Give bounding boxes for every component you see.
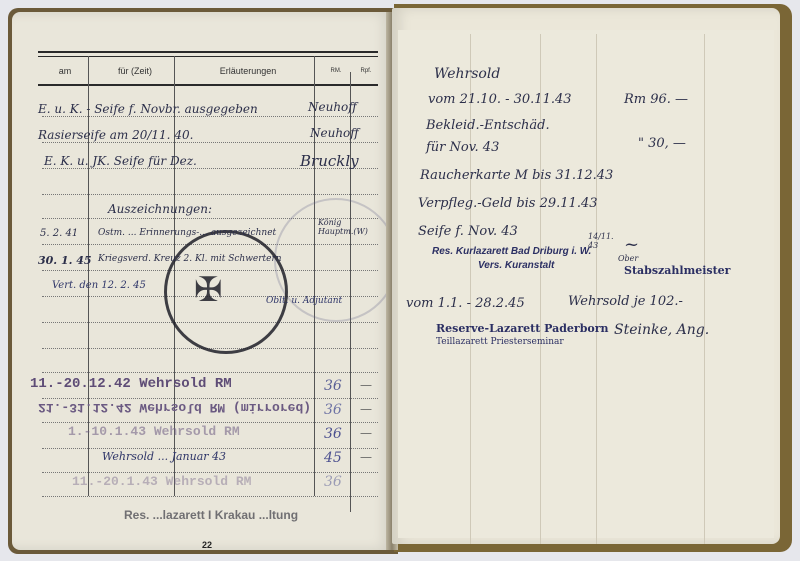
awards-heading: Auszeichnungen: <box>108 202 212 216</box>
entry-1945-note: Wehrsold je 102.- <box>568 294 683 309</box>
amount-rm: 36 <box>324 474 342 490</box>
lazarett-krakau-stamp: Res. ...lazarett I Krakau ...ltung <box>124 508 298 522</box>
award-date: 5. 2. 41 <box>40 228 78 239</box>
entry-text: E. u. K. - Seife f. Novbr. ausgegeben <box>38 102 258 116</box>
table-header-rule <box>38 84 378 86</box>
eagle-seal-stamp <box>164 230 288 354</box>
lazarett-paderborn-stamp-line1: Reserve-Lazarett Paderborn <box>436 322 609 335</box>
wehrsold-stamp: 11.-20.1.43 Wehrsold RM <box>72 474 251 489</box>
entry-bekleid-title: Bekleid.-Entschäd. <box>426 118 550 133</box>
award-text: Ostm. ... Erinnerungs-... ausgezeichnet <box>98 228 276 238</box>
award-signature: Oblt. u. Adjutant <box>266 296 342 306</box>
lazarett-paderborn-stamp-line2: Teillazarett Priesterseminar <box>436 337 564 347</box>
entry-1945-signature: Steinke, Ang. <box>614 322 709 338</box>
row-line <box>42 116 378 117</box>
header-erlaeuterungen: Erläuterungen <box>178 60 318 82</box>
entry-bekleid-amount: " 30, — <box>638 136 686 151</box>
entry-wehrsold-period: vom 21.10. - 30.11.43 <box>428 92 572 107</box>
right-page: Wehrsold vom 21.10. - 30.11.43 Rm 96. — … <box>392 8 780 544</box>
soldbuch-spread: am für (Zeit) Erläuterungen RM. Rpf. E. … <box>6 4 794 556</box>
header-fuer-zeit: für (Zeit) <box>92 60 178 82</box>
entry-1945-period: vom 1.1. - 28.2.45 <box>406 296 525 311</box>
amount-rm: 36 <box>324 378 342 394</box>
entry-signature: Neuhoff <box>308 100 357 114</box>
award-text: Kriegsverd. Kreuz 2. Kl. mit Schwertern <box>98 254 282 264</box>
wehrsold-stamp: 11.-20.12.42 Wehrsold RM <box>30 376 232 392</box>
header-am: am <box>38 60 92 82</box>
stabszahlmeister-stamp: Stabszahlmeister <box>624 264 730 277</box>
amount-rpf: — <box>360 378 372 392</box>
entry-signature: Bruckly <box>300 152 359 170</box>
row-line <box>42 142 378 143</box>
faint-column-line <box>596 34 597 544</box>
row-line <box>42 422 378 423</box>
entry-wehrsold-title: Wehrsold <box>434 66 500 82</box>
wehrsold-entry: Wehrsold ... Januar 43 <box>102 450 226 463</box>
header-rm: RM. <box>318 60 354 82</box>
faint-column-line <box>540 34 541 544</box>
left-page: am für (Zeit) Erläuterungen RM. Rpf. E. … <box>12 12 392 550</box>
entry-verpflegung: Verpfleg.-Geld bis 29.11.43 <box>418 196 598 211</box>
table-top-rule <box>38 51 378 57</box>
wehrsold-stamp: 1.-10.1.43 Wehrsold RM <box>68 424 240 439</box>
award-date: 30. 1. 45 <box>38 254 92 267</box>
amount-rm: 45 <box>324 450 342 466</box>
row-line <box>42 496 378 497</box>
paymaster-signature: ~ <box>624 234 639 255</box>
row-line <box>42 398 378 399</box>
kurlazarett-stamp-line2: Vers. Kuranstalt <box>478 260 554 271</box>
entry-raucherkarte: Raucherkarte M bis 31.12.43 <box>420 168 613 183</box>
entry-bekleid-period: für Nov. 43 <box>426 140 499 155</box>
row-line <box>42 372 378 373</box>
faint-column-line <box>704 34 705 544</box>
wehrsold-stamp-mirrored: 21.-31.12.42 Wehrsold RM (mirrored) <box>38 400 311 415</box>
entry-seife: Seife f. Nov. 43 <box>418 224 518 239</box>
amount-rpf: — <box>360 450 372 464</box>
entry-text: Rasierseife am 20/11. 40. <box>38 128 193 142</box>
entry-signature: Neuhoff <box>310 126 359 140</box>
faint-column-line <box>470 34 471 544</box>
amount-rpf: — <box>360 402 372 416</box>
row-line <box>42 448 378 449</box>
page-number: 22 <box>202 540 212 550</box>
entry-text: E. K. u. JK. Seife für Dez. <box>44 154 197 168</box>
kurlazarett-stamp-line1: Res. Kurlazarett Bad Driburg i. W. <box>432 246 591 257</box>
eagle-emblem-icon: ✠ <box>194 270 223 310</box>
award-text: Vert. den 12. 2. 45 <box>52 280 146 291</box>
row-line <box>42 194 378 195</box>
entry-wehrsold-amount: Rm 96. — <box>624 92 688 107</box>
amount-rpf: — <box>360 426 372 440</box>
row-line <box>42 472 378 473</box>
amount-rm: 36 <box>324 402 342 418</box>
amount-rm: 36 <box>324 426 342 442</box>
award-signature: König Hauptm.(W) <box>318 218 378 236</box>
rank-prefix: Ober <box>618 254 638 263</box>
header-rpf: Rpf. <box>354 60 378 82</box>
